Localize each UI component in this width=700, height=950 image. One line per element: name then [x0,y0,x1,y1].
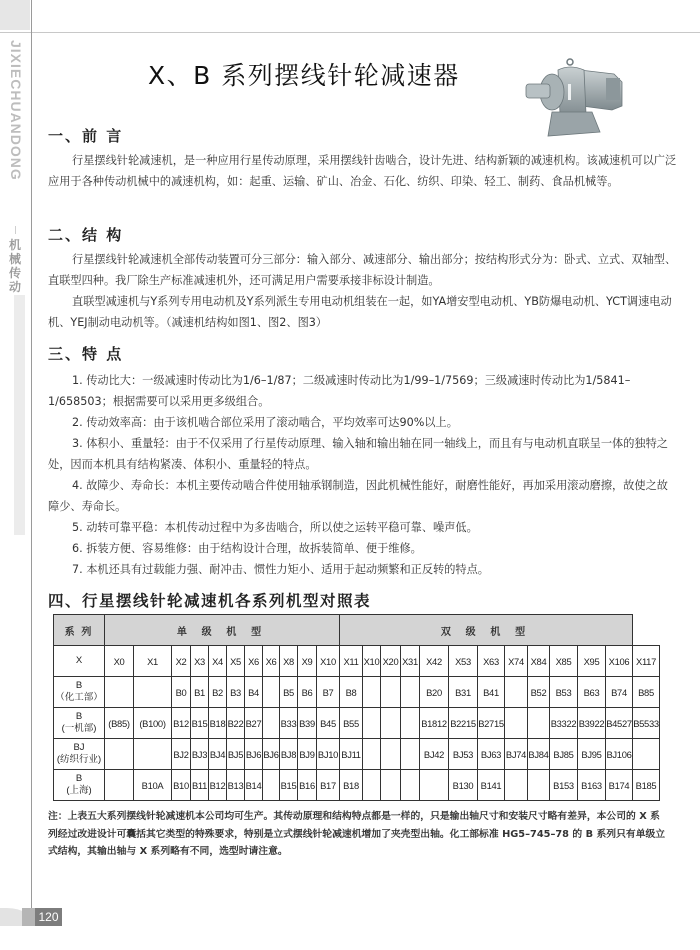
feature-item-6: 6. 拆装方便、容易维修：由于结构设计合理，故拆装简单、便于维修。 [48,538,678,559]
table-cell: B12 [172,708,191,739]
table-cell: B10 [172,770,191,801]
table-cell: X42 [420,646,449,677]
table-cell: B7 [317,677,340,708]
row-series-label-line: (一机部) [54,723,104,735]
table-cell: X84 [528,646,550,677]
table-cell: BJ5 [227,739,245,770]
row-series-label-line: BJ [54,742,104,754]
table-cell: X6 [263,646,280,677]
table-cell: B163 [578,770,606,801]
table-cell [401,739,420,770]
sidebar-divider [31,0,32,912]
table-cell [134,677,172,708]
table-cell [528,770,550,801]
structure-paragraph-1: 行星摆线针轮减速机全部传动装置可分三部分：输入部分、减速部分、输出部分；按结构形… [48,249,678,291]
table-cell: B18 [340,770,363,801]
table-cell: B16 [298,770,317,801]
table-cell [381,770,401,801]
table-cell: B5 [280,677,298,708]
row-series-label: X [54,646,105,677]
header-single-stage: 单 级 机 型 [105,615,340,646]
table-cell: B14 [245,770,263,801]
table-cell: B12 [209,770,227,801]
table-cell: B0 [172,677,191,708]
table-body: XX0X1X2X3X4X5X6X6X8X9X10X11X10X20X31X42X… [54,646,660,801]
row-series-label-line: （化工部） [54,692,104,704]
table-cell: B3 [227,677,245,708]
table-cell [134,739,172,770]
sidebar-top-block [0,0,30,30]
table-cell: BJ3 [191,739,209,770]
table-cell: BJ6 [263,739,280,770]
structure-paragraph-2: 直联型减速机与Y系列专用电动机及Y系列派生专用电动机组装在一起，如YA增安型电动… [48,291,678,333]
table-cell: B130 [449,770,478,801]
table-cell: X3 [191,646,209,677]
table-cell: B17 [317,770,340,801]
table-cell: B31 [449,677,478,708]
table-note: 注：上表五大系列摆线针轮减速机本公司均可生产。其传动原理和结构特点都是一样的，只… [48,808,668,861]
table-cell [263,708,280,739]
table-cell: B141 [478,770,505,801]
table-cell: B22 [227,708,245,739]
table-row: B(一机部)(B85)(B100)B12B15B18B22B27B33B39B4… [54,708,660,739]
table-cell [633,739,660,770]
table-cell [381,677,401,708]
table-header-row: 系 列 单 级 机 型 双 级 机 型 [54,615,660,646]
table-cell: X63 [478,646,505,677]
table-cell: B15 [191,708,209,739]
table-cell: BJ74 [505,739,528,770]
table-cell [363,708,381,739]
feature-item-7: 7. 本机还具有过载能力强、耐冲击、惯性力矩小、适用于起动频繁和正反转的特点。 [48,559,678,580]
table-cell: BJ53 [449,739,478,770]
table-cell: B8 [340,677,363,708]
table-cell [363,770,381,801]
table-cell: X117 [633,646,660,677]
table-cell [105,739,134,770]
table-cell: B3922 [578,708,606,739]
table-cell [505,708,528,739]
table-cell: B185 [633,770,660,801]
table-cell: X106 [606,646,633,677]
table-cell: X95 [578,646,606,677]
table-cell [420,770,449,801]
table-cell: X74 [505,646,528,677]
table-cell: B74 [606,677,633,708]
table-cell: B10A [134,770,172,801]
section-heading-features: 三、特 点 [48,343,123,364]
table-cell: B174 [606,770,633,801]
table-cell: X0 [105,646,134,677]
table-cell: BJ8 [280,739,298,770]
table-cell [401,677,420,708]
table-cell [105,677,134,708]
table-cell: B85 [633,677,660,708]
table-cell: B15 [280,770,298,801]
table-cell [381,708,401,739]
table-cell: B39 [298,708,317,739]
table-cell: BJ9 [298,739,317,770]
table-cell: B2715 [478,708,505,739]
table-cell: BJ6 [245,739,263,770]
section-heading-structure: 二、结 构 [48,224,123,245]
table-cell: X1 [134,646,172,677]
table-cell: X11 [340,646,363,677]
table-cell: B63 [578,677,606,708]
row-series-label-line: X [54,655,104,667]
table-cell: B1812 [420,708,449,739]
table-row: B（化工部）B0B1B2B3B4B5B6B7B8B20B31B41B52B53B… [54,677,660,708]
table-cell: BJ63 [478,739,505,770]
table-cell [381,739,401,770]
table-cell: B2 [209,677,227,708]
row-series-label: BJ(纺织行业) [54,739,105,770]
row-series-label-line: (上海) [54,785,104,797]
table-cell: BJ106 [606,739,633,770]
table-cell: BJ42 [420,739,449,770]
table-cell [505,770,528,801]
sidebar-category: 机械传动 [9,238,23,294]
page-footer-accent [22,908,36,926]
table-cell: X10 [363,646,381,677]
page-title: X、B 系列摆线针轮减速器 [148,56,460,92]
table-cell: BJ4 [209,739,227,770]
table-cell [505,677,528,708]
table-cell: BJ95 [578,739,606,770]
table-cell [363,739,381,770]
table-cell: B20 [420,677,449,708]
row-series-label-line: B [54,711,104,723]
sidebar-brand: JIXIECHUANDONG [8,40,24,181]
row-series-label: B(一机部) [54,708,105,739]
feature-item-5: 5. 动转可靠平稳：本机传动过程中为多齿啮合，所以使之运转平稳可靠、噪声低。 [48,517,678,538]
table-cell [263,770,280,801]
table-cell: X8 [280,646,298,677]
feature-item-1: 1. 传动比大：一级减速时传动比为1/6–1/87；二级减速时传动比为1/99–… [48,370,678,412]
row-series-label-line: (纺织行业) [54,754,104,766]
table-cell [401,770,420,801]
feature-item-4: 4. 故障少、寿命长：本机主要传动啮合件使用轴承钢制造，因此机械性能好，耐磨性能… [48,475,678,517]
table-cell: B11 [191,770,209,801]
sidebar-separator [15,226,16,234]
table-cell: BJ85 [550,739,578,770]
section-heading-intro: 一、前 言 [48,125,123,146]
table-cell: X6 [245,646,263,677]
table-cell: B2215 [449,708,478,739]
row-series-label-line: B [54,680,104,692]
table-row: BJ(纺织行业)BJ2BJ3BJ4BJ5BJ6BJ6BJ8BJ9BJ10BJ11… [54,739,660,770]
table-cell: B55 [340,708,363,739]
row-series-label: B（化工部） [54,677,105,708]
table-cell: X31 [401,646,420,677]
intro-paragraph: 行星摆线针轮减速机，是一种应用行星传动原理，采用摆线针齿啮合，设计先进、结构新颖… [48,150,678,192]
table-row: XX0X1X2X3X4X5X6X6X8X9X10X11X10X20X31X42X… [54,646,660,677]
table-cell: X85 [550,646,578,677]
table-row: B(上海)B10AB10B11B12B13B14B15B16B17B18B130… [54,770,660,801]
table-cell [528,708,550,739]
table-cell: B18 [209,708,227,739]
table-cell [401,708,420,739]
table-cell [263,677,280,708]
table-cell: B33 [280,708,298,739]
table-cell: X9 [298,646,317,677]
table-cell: B4527 [606,708,633,739]
table-cell: B4 [245,677,263,708]
table-cell: B27 [245,708,263,739]
table-cell: BJ2 [172,739,191,770]
table-cell: B5533 [633,708,660,739]
table-cell: BJ10 [317,739,340,770]
feature-item-3: 3. 体积小、重量轻：由于不仅采用了行星传动原理、输入轴和输出轴在同一轴线上，而… [48,433,678,475]
table-cell: B45 [317,708,340,739]
header-series: 系 列 [54,615,105,646]
table-cell: B13 [227,770,245,801]
table-cell: B153 [550,770,578,801]
table-cell: (B100) [134,708,172,739]
table-cell: B1 [191,677,209,708]
model-comparison-table: 系 列 单 级 机 型 双 级 机 型 XX0X1X2X3X4X5X6X6X8X… [53,614,660,801]
section-heading-table: 四、行星摆线针轮减速机各系列机型对照表 [48,589,371,611]
header-rule [0,32,700,33]
table-cell: X5 [227,646,245,677]
table-cell: X20 [381,646,401,677]
row-series-label: B(上海) [54,770,105,801]
table-cell: X53 [449,646,478,677]
table-cell: X10 [317,646,340,677]
reducer-product-image [522,56,632,140]
table-cell: X4 [209,646,227,677]
sidebar-bar [14,295,25,535]
table-cell [105,770,134,801]
feature-item-2: 2. 传动效率高：由于该机啮合部位采用了滚动啮合，平均效率可达90%以上。 [48,412,678,433]
table-cell [363,677,381,708]
table-cell: BJ11 [340,739,363,770]
table-cell: B52 [528,677,550,708]
row-series-label-line: B [54,773,104,785]
table-cell: (B85) [105,708,134,739]
page-number: 120 [35,908,62,926]
table-cell: B6 [298,677,317,708]
header-double-stage: 双 级 机 型 [340,615,633,646]
table-cell: B3322 [550,708,578,739]
table-cell: X2 [172,646,191,677]
table-cell: B53 [550,677,578,708]
table-cell: BJ84 [528,739,550,770]
table-cell: B41 [478,677,505,708]
